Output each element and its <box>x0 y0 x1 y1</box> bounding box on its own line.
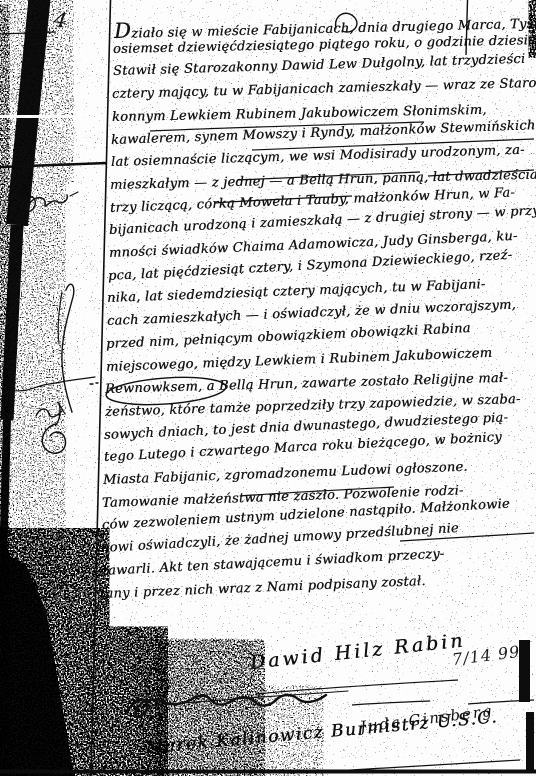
margin-paraph-loop <box>58 292 62 344</box>
margin-annotation-scribble <box>3 377 95 394</box>
illegible-signature-tail <box>140 691 348 707</box>
signature-rabbi: Dawid Hilz Rabin <box>249 629 467 674</box>
margin-paraph <box>62 284 74 412</box>
margin-entry-flourish <box>22 195 67 212</box>
act-number: 4 <box>52 7 68 33</box>
margin-nr-squiggle <box>36 403 62 425</box>
margin-paraph-hook <box>58 402 65 414</box>
illegible-signature-scribble <box>127 695 326 717</box>
manuscript-line: lat osiemnaście liczącym, we wsi Modisir… <box>110 144 524 171</box>
manuscript-line: Stawił się Starozakonny Dawid Lew Dułgol… <box>113 53 526 80</box>
manuscript-line: tany i przez nich wraz z Nami podpisany … <box>100 574 426 601</box>
signature-registrar: Marek Kalinowicz Burmistrz U.S.C. <box>145 707 499 758</box>
scanned-document-page: 4 Działo się w mieście Fabijanicach, dni… <box>0 0 536 776</box>
left-margin-stain <box>0 0 74 776</box>
margin-c-loop <box>42 424 65 453</box>
margin-entry-flourish-tick <box>70 192 78 196</box>
manuscript-line: cztery mający, tu w Fabijanicach zamiesz… <box>112 76 536 102</box>
manuscript-line: miejscowego, między Lewkiem i Rubinem Ja… <box>105 346 492 374</box>
margin-annotation-dots <box>90 383 98 384</box>
white-scratch <box>0 115 84 118</box>
